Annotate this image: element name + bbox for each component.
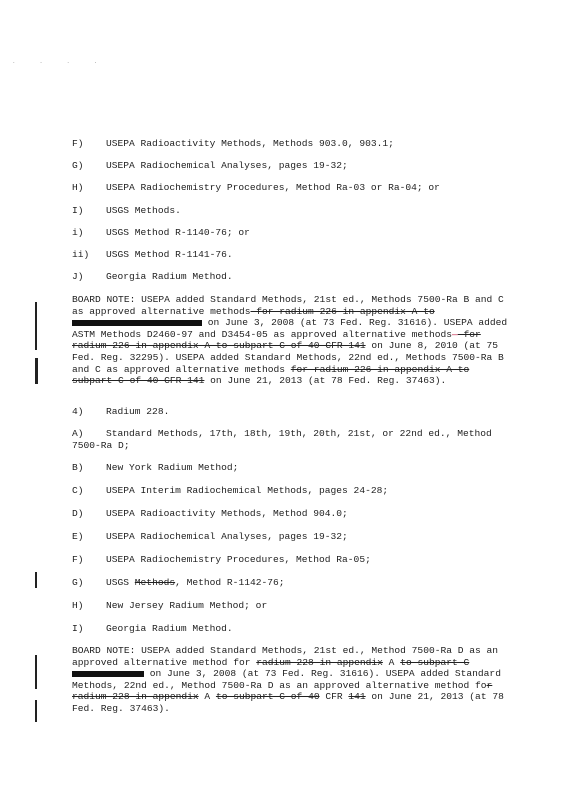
item-label: E) (72, 531, 84, 542)
item-label: J) (72, 271, 84, 282)
struck-text: radium 228 in appendix (256, 657, 383, 668)
list-item: Georgia Radium Method. (106, 623, 233, 634)
struck-text: Methods (135, 577, 175, 588)
document-page: . . . . F) USEPA Radioactivity Methods, … (0, 0, 566, 800)
note-text: on June 21, 2013 (at 78 Fed. Reg. 37463)… (204, 375, 446, 386)
scan-marks: . . . . (12, 58, 107, 65)
item-label: H) (72, 182, 84, 193)
list-item: USEPA Radiochemical Analyses, pages 19-3… (106, 160, 348, 171)
list-item: USGS Methods. (106, 205, 181, 216)
note-text: A (383, 657, 400, 668)
item-label: G) (72, 577, 84, 588)
item-label: G) (72, 160, 84, 171)
list-item: USGS Method R-1141-76. (106, 249, 233, 260)
item-label: H) (72, 600, 84, 611)
change-bar (35, 302, 37, 350)
redaction-bar (72, 320, 202, 326)
struck-text: to subpart C (400, 657, 469, 668)
change-bar (35, 572, 37, 588)
redaction-bar (72, 671, 144, 677)
list-item: Standard Methods, 17th, 18th, 19th, 20th… (72, 428, 512, 451)
change-bar (35, 358, 38, 384)
item-label: I) (72, 205, 84, 216)
change-bar (35, 655, 37, 689)
item-label: i) (72, 227, 84, 238)
list-item: USEPA Radioactivity Methods, Methods 903… (106, 138, 394, 149)
list-item: New York Radium Method; (106, 462, 238, 473)
section-title: Radium 228. (106, 406, 169, 417)
item-label: C) (72, 485, 84, 496)
list-item: USEPA Radiochemical Analyses, pages 19-3… (106, 531, 348, 542)
item-text: USGS (106, 577, 135, 588)
item-label: D) (72, 508, 84, 519)
note-text: CFR (320, 691, 349, 702)
list-item: New Jersey Radium Method; or (106, 600, 267, 611)
section-label: 4) (72, 406, 84, 417)
item-label: I) (72, 623, 84, 634)
board-note: BOARD NOTE: USEPA added Standard Methods… (72, 645, 512, 715)
struck-text: to subpart C of 40 (216, 691, 320, 702)
item-label: B) (72, 462, 84, 473)
item-label: F) (72, 554, 84, 565)
list-item: USGS Method R-1140-76; or (106, 227, 250, 238)
note-text: A (199, 691, 216, 702)
list-item: USEPA Radiochemistry Procedures, Method … (106, 182, 440, 193)
struck-text: for radium 226 in appendix A to (250, 306, 434, 317)
item-label: F) (72, 138, 84, 149)
board-note: BOARD NOTE: USEPA added Standard Methods… (72, 294, 512, 387)
item-text: , Method R-1142-76; (175, 577, 284, 588)
struck-text: 141 (348, 691, 365, 702)
list-item: USEPA Radiochemistry Procedures, Method … (106, 554, 371, 565)
list-item: USEPA Interim Radiochemical Methods, pag… (106, 485, 388, 496)
list-item: USGS Methods, Method R-1142-76; (106, 577, 285, 588)
item-label: ii) (72, 249, 89, 260)
change-bar (35, 700, 37, 722)
list-item: Georgia Radium Method. (106, 271, 233, 282)
list-item: USEPA Radioactivity Methods, Method 904.… (106, 508, 348, 519)
